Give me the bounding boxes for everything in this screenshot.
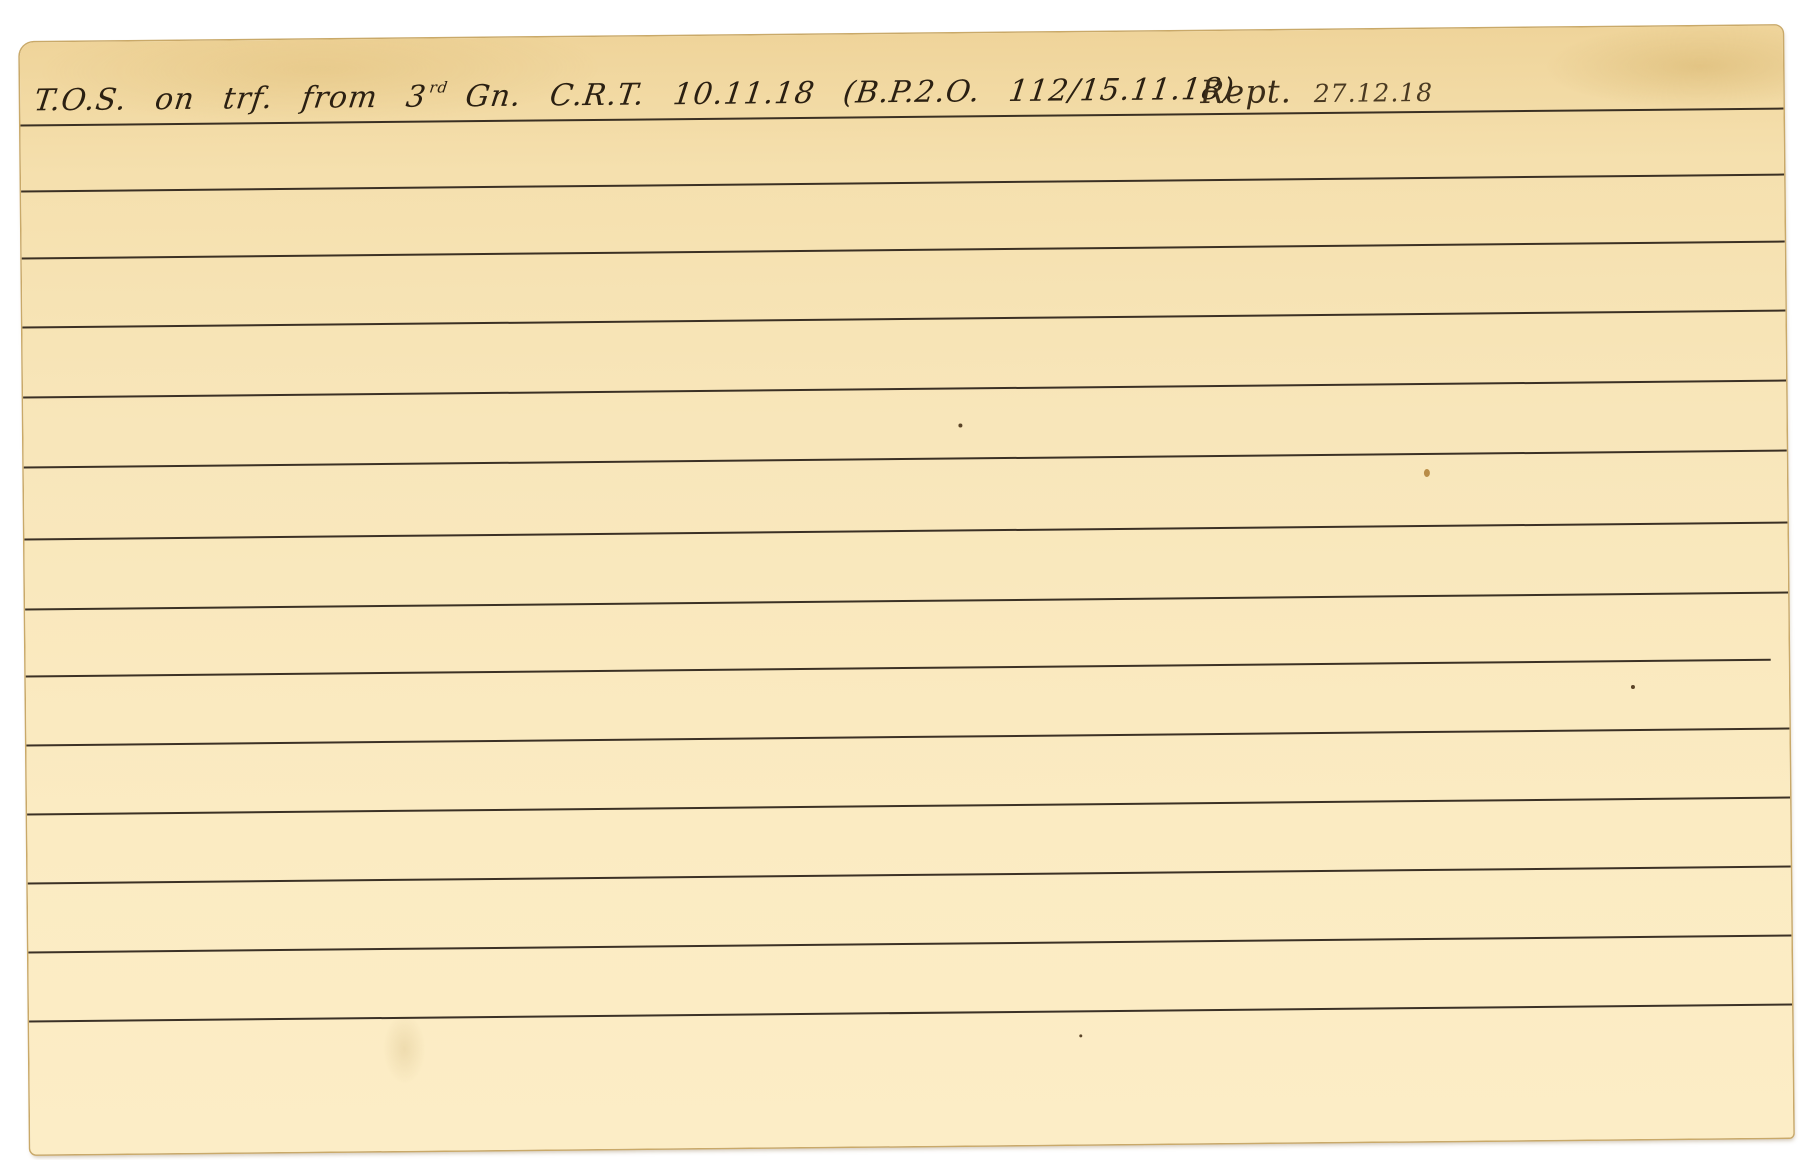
- entry-word: 3: [404, 80, 429, 115]
- entry-word: on: [153, 82, 197, 117]
- ruled-line: [24, 522, 1787, 541]
- ruled-line: [22, 241, 1785, 260]
- ruled-line: [26, 659, 1771, 678]
- entry-word: C.R.T.: [548, 77, 647, 113]
- ruled-line: [24, 450, 1787, 469]
- ruled-line: [27, 797, 1790, 816]
- entry-word: from: [299, 80, 380, 116]
- entry-date: 10.11.18: [671, 76, 817, 112]
- ruled-line: [23, 380, 1786, 399]
- ruled-line: [22, 310, 1785, 329]
- report-label: Rept.: [1200, 72, 1292, 111]
- entry-superscript: rd: [428, 78, 449, 96]
- ruled-line: [29, 1004, 1792, 1023]
- paper-speck: [958, 423, 962, 427]
- paper-speck: [1631, 685, 1635, 689]
- record-card: T.O.S. on trf. from 3rd Gn. C.R.T. 10.11…: [20, 26, 1794, 1155]
- handwritten-entry-line-1: T.O.S. on trf. from 3rd Gn. C.R.T. 10.11…: [32, 71, 1255, 119]
- ruled-line: [26, 728, 1789, 747]
- ruled-line: [28, 866, 1791, 885]
- entry-word: T.O.S.: [32, 82, 129, 118]
- paper-speck: [1079, 1034, 1082, 1037]
- entry-word: trf.: [221, 81, 276, 117]
- paper-speck: [1424, 469, 1430, 477]
- ruled-line: [28, 935, 1791, 954]
- entry-word: Gn.: [463, 79, 523, 115]
- report-annotation: Rept.27.12.18: [1200, 71, 1433, 111]
- report-date: 27.12.18: [1314, 78, 1434, 108]
- ruled-line: [25, 592, 1788, 611]
- entry-reference: (B.P.2.O.: [841, 74, 983, 110]
- ruled-line: [21, 174, 1784, 193]
